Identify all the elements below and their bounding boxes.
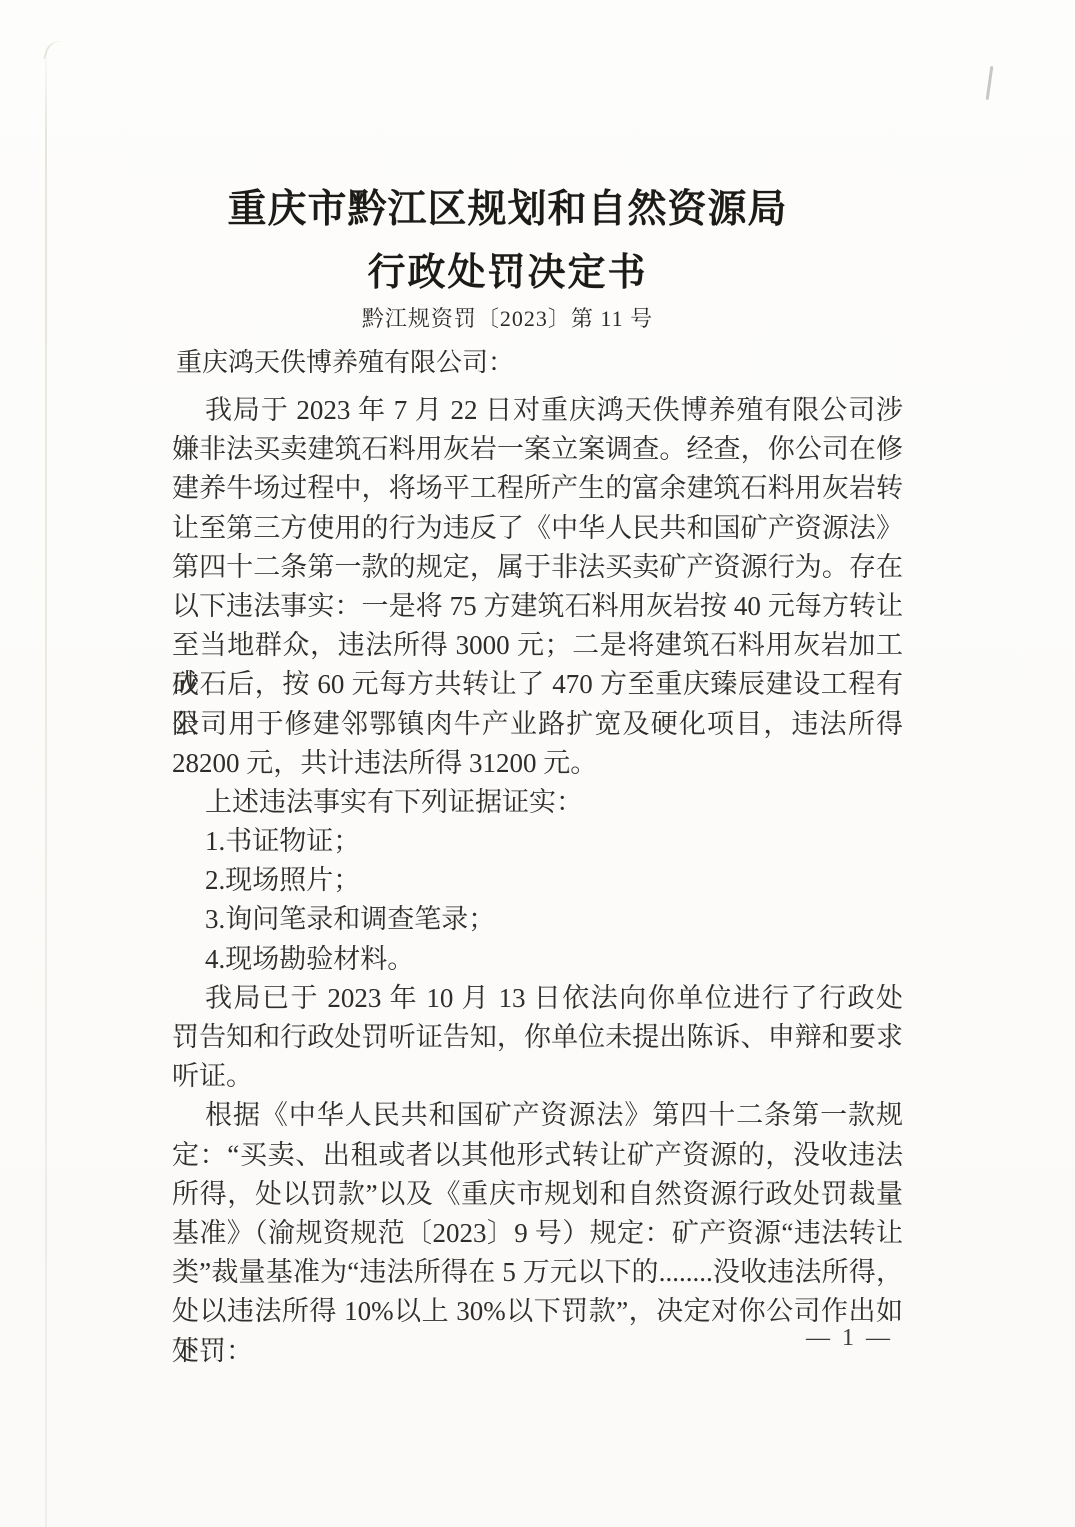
scanned-document-page: { "document": { "title_line1": "重庆市黔江区规划…: [0, 0, 1075, 1527]
page-number: — 1 —: [806, 1325, 893, 1352]
evidence-item: 4.现场勘验材料。: [172, 940, 903, 979]
stray-scan-mark: [986, 66, 994, 100]
body-line: 以下违法事实：一是将 75 方建筑石料用灰岩按 40 元每方转让: [172, 587, 903, 626]
body-line: 处以违法所得 10%以上 30%以下罚款”，决定对你公司作出如下: [172, 1292, 903, 1331]
body-line: 定：“买卖、出租或者以其他形式转让矿产资源的，没收违法: [172, 1136, 903, 1175]
document-body: 我局于 2023 年 7 月 22 日对重庆鸿天佚博养殖有限公司涉 嫌非法买卖建…: [172, 391, 903, 1371]
document-number: 黔江规资罚〔2023〕第 11 号: [40, 302, 975, 333]
body-line: 第四十二条第一款的规定，属于非法买卖矿产资源行为。存在: [172, 548, 903, 587]
body-line: 类”裁量基准为“违法所得在 5 万元以下的........没收违法所得，: [172, 1253, 903, 1292]
body-line: 处罚：: [172, 1332, 903, 1371]
document-title-type: 行政处罚决定书: [40, 241, 975, 296]
addressee-company: 重庆鸿天佚博养殖有限公司：: [176, 342, 514, 379]
body-line: 所得，处以罚款”以及《重庆市规划和自然资源行政处罚裁量: [172, 1175, 903, 1214]
body-line: 至当地群众，违法所得 3000 元；二是将建筑石料用灰岩加工成: [172, 626, 903, 665]
evidence-item: 3.询问笔录和调查笔录；: [172, 900, 903, 939]
body-line: 28200 元，共计违法所得 31200 元。: [172, 744, 903, 783]
body-line: 建养牛场过程中，将场平工程所产生的富余建筑石料用灰岩转: [172, 469, 903, 508]
body-line: 公司用于修建邻鄂镇肉牛产业路扩宽及硬化项目，违法所得: [172, 705, 903, 744]
body-line: 根据《中华人民共和国矿产资源法》第四十二条第一款规: [172, 1096, 903, 1135]
body-line: 上述违法事实有下列证据证实：: [172, 783, 903, 822]
body-line: 砂石后，按 60 元每方共转让了 470 方至重庆臻辰建设工程有限: [172, 665, 903, 704]
document-title-agency: 重庆市黔江区规划和自然资源局: [40, 178, 975, 234]
body-line: 嫌非法买卖建筑石料用灰岩一案立案调查。经查，你公司在修: [172, 430, 903, 469]
body-line: 我局于 2023 年 7 月 22 日对重庆鸿天佚博养殖有限公司涉: [172, 391, 903, 430]
body-line: 罚告知和行政处罚听证告知，你单位未提出陈诉、申辩和要求: [172, 1018, 903, 1057]
body-line: 让至第三方使用的行为违反了《中华人民共和国矿产资源法》: [172, 509, 903, 548]
body-line: 我局已于 2023 年 10 月 13 日依法向你单位进行了行政处: [172, 979, 903, 1018]
evidence-item: 2.现场照片；: [172, 861, 903, 900]
body-line: 听证。: [172, 1057, 903, 1096]
body-line: 基准》（渝规资规范〔2023〕9 号）规定：矿产资源“违法转让: [172, 1214, 903, 1253]
evidence-item: 1.书证物证；: [172, 822, 903, 861]
